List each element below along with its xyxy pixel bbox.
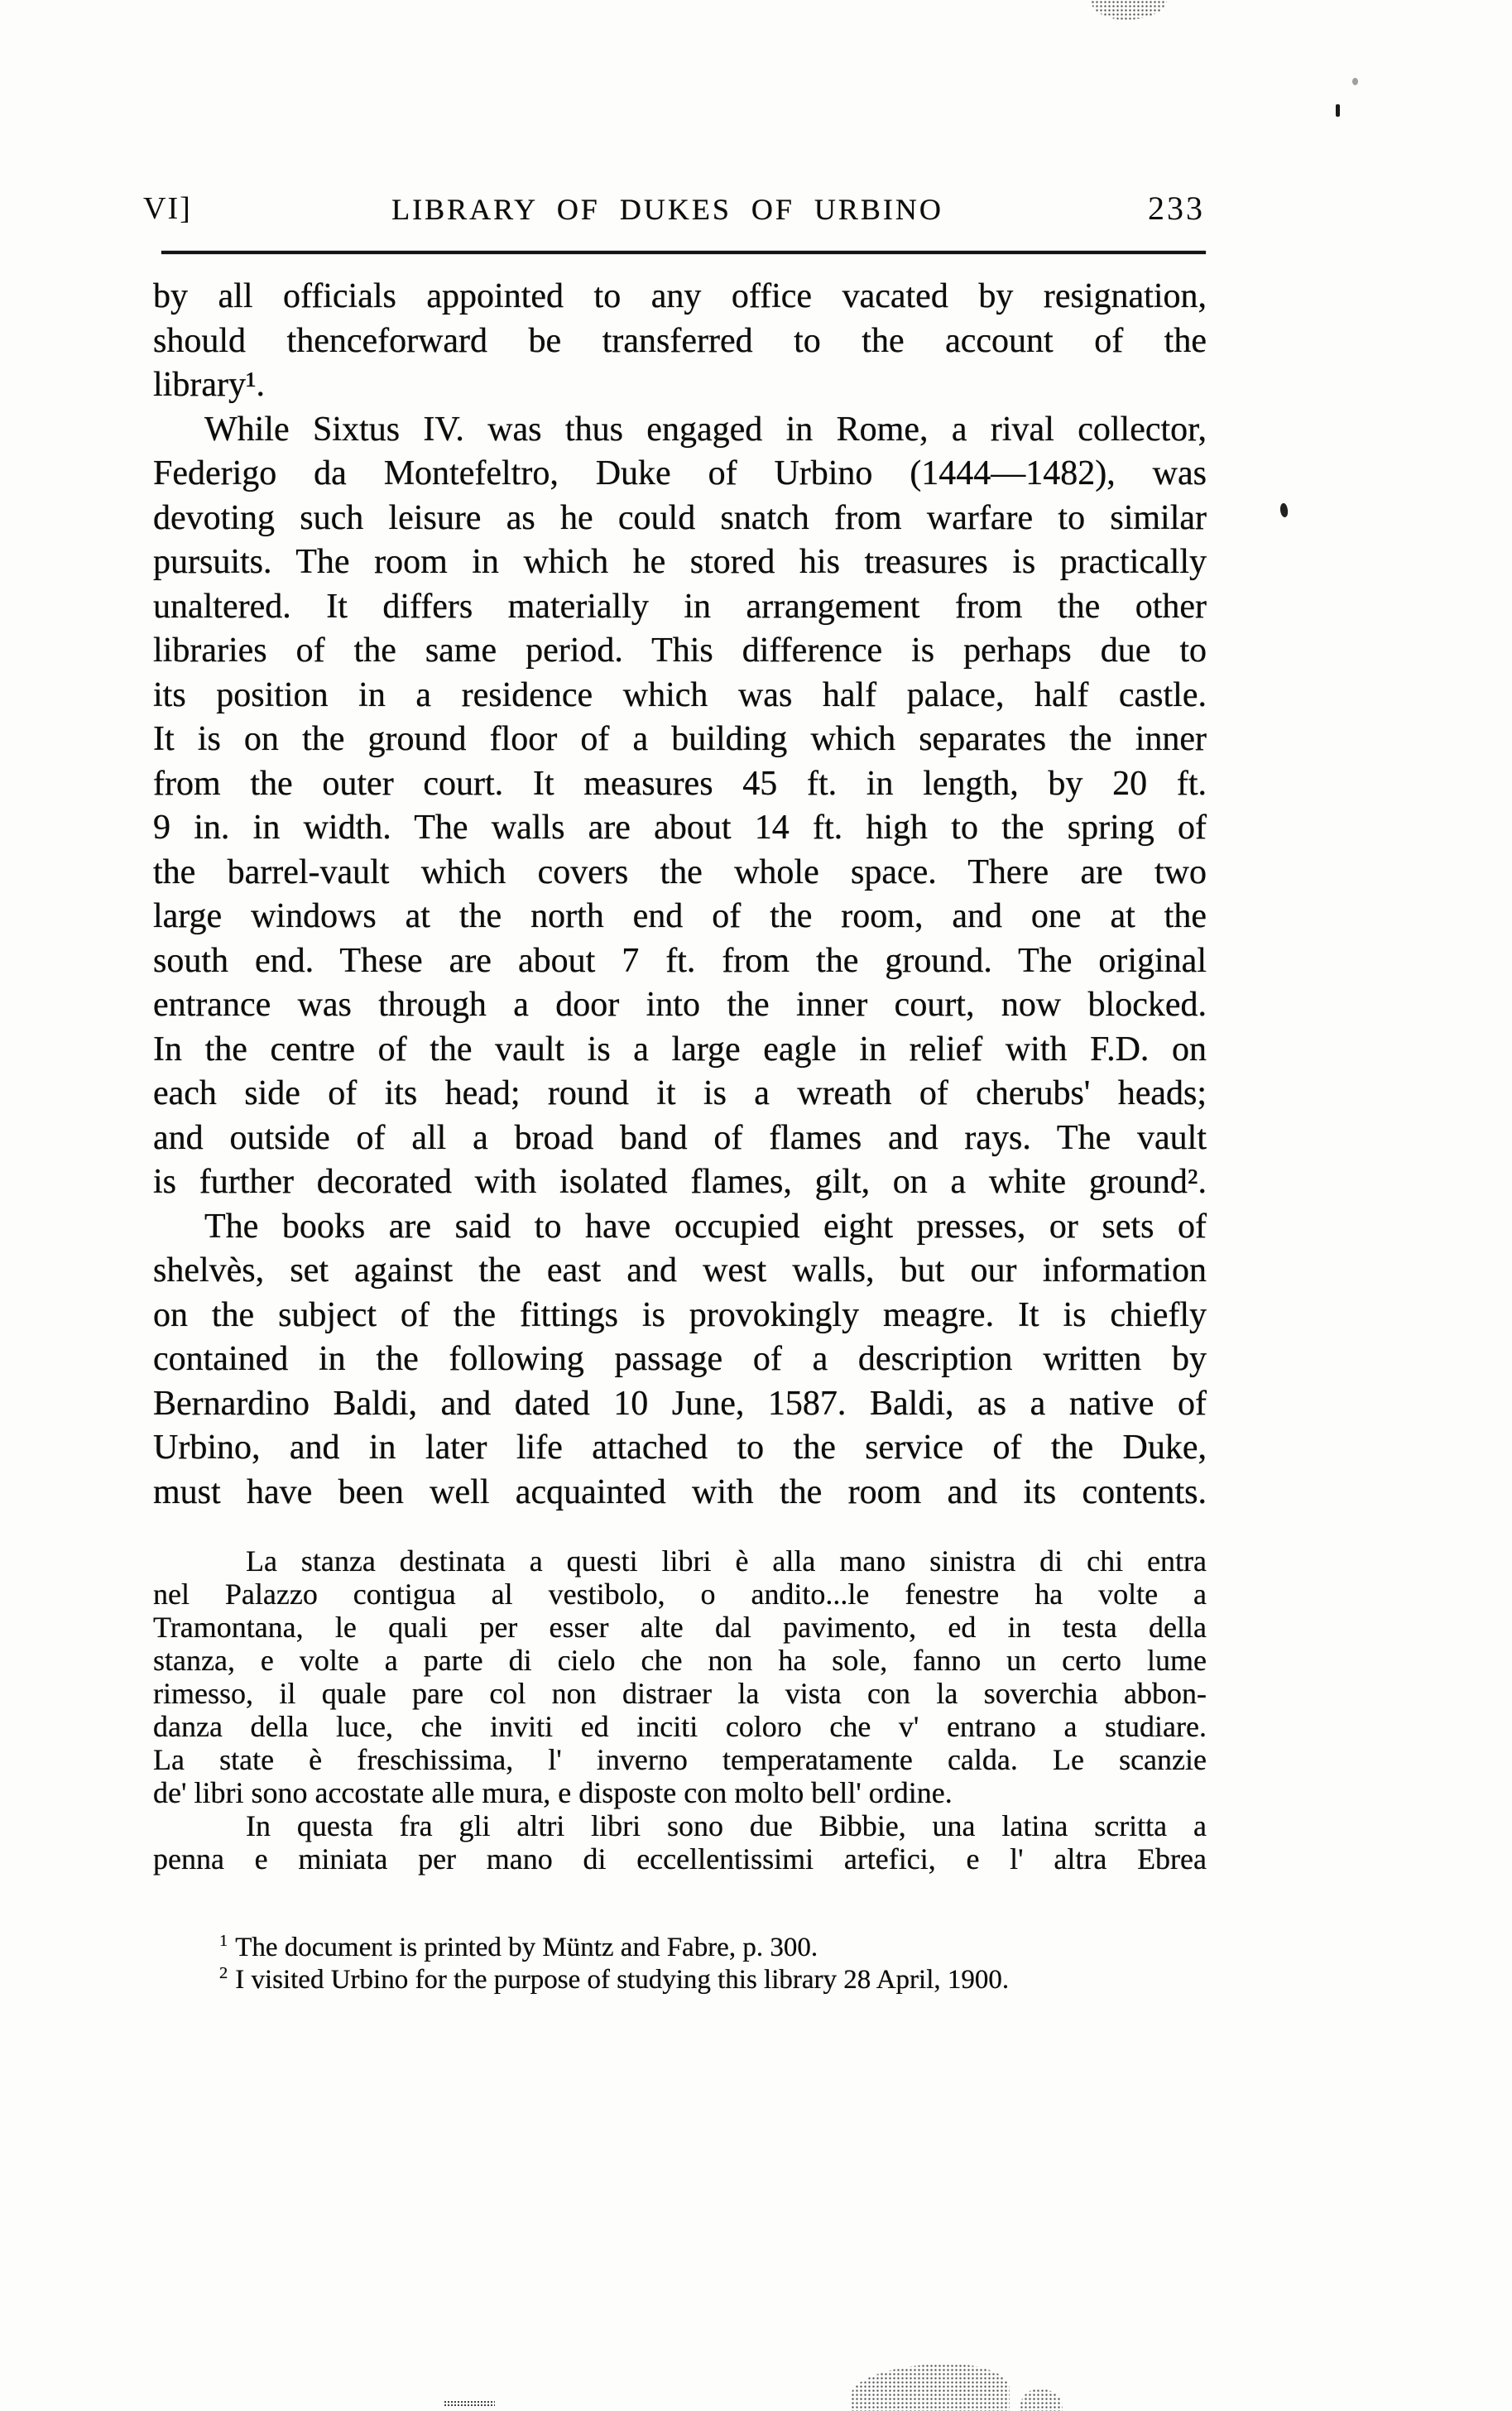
scan-smudge xyxy=(851,2364,1010,2411)
body-text-line: must have been well acquainted with the … xyxy=(153,1471,1207,1515)
body-text-line: large windows at the north end of the ro… xyxy=(153,895,1207,939)
quote-text-line: nel Palazzo contigua al vestibolo, o and… xyxy=(153,1578,1207,1611)
body-text-line: In the centre of the vault is a large ea… xyxy=(153,1028,1207,1073)
body-text-line: should thenceforward be transferred to t… xyxy=(153,319,1207,364)
body-text-line: south end. These are about 7 ft. from th… xyxy=(153,939,1207,984)
header-rule xyxy=(161,251,1206,254)
body-text-line: unaltered. It differs materially in arra… xyxy=(153,585,1207,630)
body-text-line: While Sixtus IV. was thus engaged in Rom… xyxy=(153,408,1207,453)
body-text-line: the barrel-vault which covers the whole … xyxy=(153,851,1207,896)
paragraph-3: The books are said to have occupied eigh… xyxy=(153,1205,1207,1515)
body-text-line: is further decorated with isolated flame… xyxy=(153,1160,1207,1205)
quote-text-line: La stanza destinata a questi libri è all… xyxy=(153,1544,1207,1578)
scan-smudge xyxy=(444,2400,495,2406)
footnote-line: 1The document is printed by Müntz and Fa… xyxy=(219,1925,1204,1957)
body-text-line: contained in the following passage of a … xyxy=(153,1338,1207,1382)
quote-text-line: rimesso, il quale pare col non distraer … xyxy=(153,1677,1207,1710)
running-title: LIBRARY OF DUKES OF URBINO xyxy=(153,192,1182,227)
body-text-line: devoting such leisure as he could snatch… xyxy=(153,497,1207,541)
body-text-line: library¹. xyxy=(153,363,1207,408)
body-text-line: and outside of all a broad band of flame… xyxy=(153,1117,1207,1161)
scan-mark xyxy=(1279,502,1289,517)
body-text-line: Urbino, and in later life attached to th… xyxy=(153,1426,1207,1471)
footnote-text: I visited Urbino for the purpose of stud… xyxy=(235,1965,1009,1995)
quote-text-line: de' libri sono accostate alle mura, e di… xyxy=(153,1776,1207,1809)
body-text-line: It is on the ground floor of a building … xyxy=(153,718,1207,762)
body-text-line: entrance was through a door into the inn… xyxy=(153,983,1207,1028)
body-text-line: Federigo da Montefeltro, Duke of Urbino … xyxy=(153,452,1207,497)
body-text-line: libraries of the same period. This diffe… xyxy=(153,629,1207,674)
footnote-marker: 1 xyxy=(219,1932,228,1950)
book-page: VI] LIBRARY OF DUKES OF URBINO 233 by al… xyxy=(0,0,1512,2411)
quote-text-line: In questa fra gli altri libri sono due B… xyxy=(153,1809,1207,1842)
quote-text-line: La state è freschissima, l' inverno temp… xyxy=(153,1743,1207,1776)
paragraph-2: While Sixtus IV. was thus engaged in Rom… xyxy=(153,408,1207,1205)
quote-text-line: penna e miniata per mano di eccellentiss… xyxy=(153,1842,1207,1875)
quote-text-line: stanza, e volte a parte di cielo che non… xyxy=(153,1644,1207,1677)
page-number: 233 xyxy=(1148,189,1205,228)
quoted-passage: La stanza destinata a questi libri è all… xyxy=(153,1544,1207,1875)
body-text-line: from the outer court. It measures 45 ft.… xyxy=(153,762,1207,807)
body-text-line: on the subject of the fittings is provok… xyxy=(153,1294,1207,1338)
body-text-line: 9 in. in width. The walls are about 14 f… xyxy=(153,806,1207,851)
body-text-line: Bernardino Baldi, and dated 10 June, 158… xyxy=(153,1382,1207,1427)
paragraph-1: by all officials appointed to any office… xyxy=(153,275,1207,408)
footnote-line: 2I visited Urbino for the purpose of stu… xyxy=(219,1957,1204,1990)
body-text: by all officials appointed to any office… xyxy=(153,275,1207,1515)
quote-paragraph-2: In questa fra gli altri libri sono due B… xyxy=(153,1809,1207,1875)
body-text-line: by all officials appointed to any office… xyxy=(153,275,1207,319)
body-text-line: pursuits. The room in which he stored hi… xyxy=(153,540,1207,585)
page-header: VI] LIBRARY OF DUKES OF URBINO 233 xyxy=(153,189,1207,230)
scan-speck xyxy=(1352,78,1358,85)
body-text-line: The books are said to have occupied eigh… xyxy=(153,1205,1207,1250)
footnotes: 1The document is printed by Müntz and Fa… xyxy=(219,1925,1204,1990)
footnote-marker: 2 xyxy=(219,1964,228,1982)
scan-smudge xyxy=(1091,0,1167,20)
quote-paragraph-1: La stanza destinata a questi libri è all… xyxy=(153,1544,1207,1809)
body-text-line: shelvès, set against the east and west w… xyxy=(153,1249,1207,1294)
scan-speck xyxy=(1336,104,1340,117)
body-text-line: its position in a residence which was ha… xyxy=(153,674,1207,718)
body-text-line: each side of its head; round it is a wre… xyxy=(153,1072,1207,1117)
scan-smudge xyxy=(1020,2389,1063,2411)
quote-text-line: danza della luce, che inviti ed inciti c… xyxy=(153,1710,1207,1743)
quote-text-line: Tramontana, le quali per esser alte dal … xyxy=(153,1611,1207,1644)
